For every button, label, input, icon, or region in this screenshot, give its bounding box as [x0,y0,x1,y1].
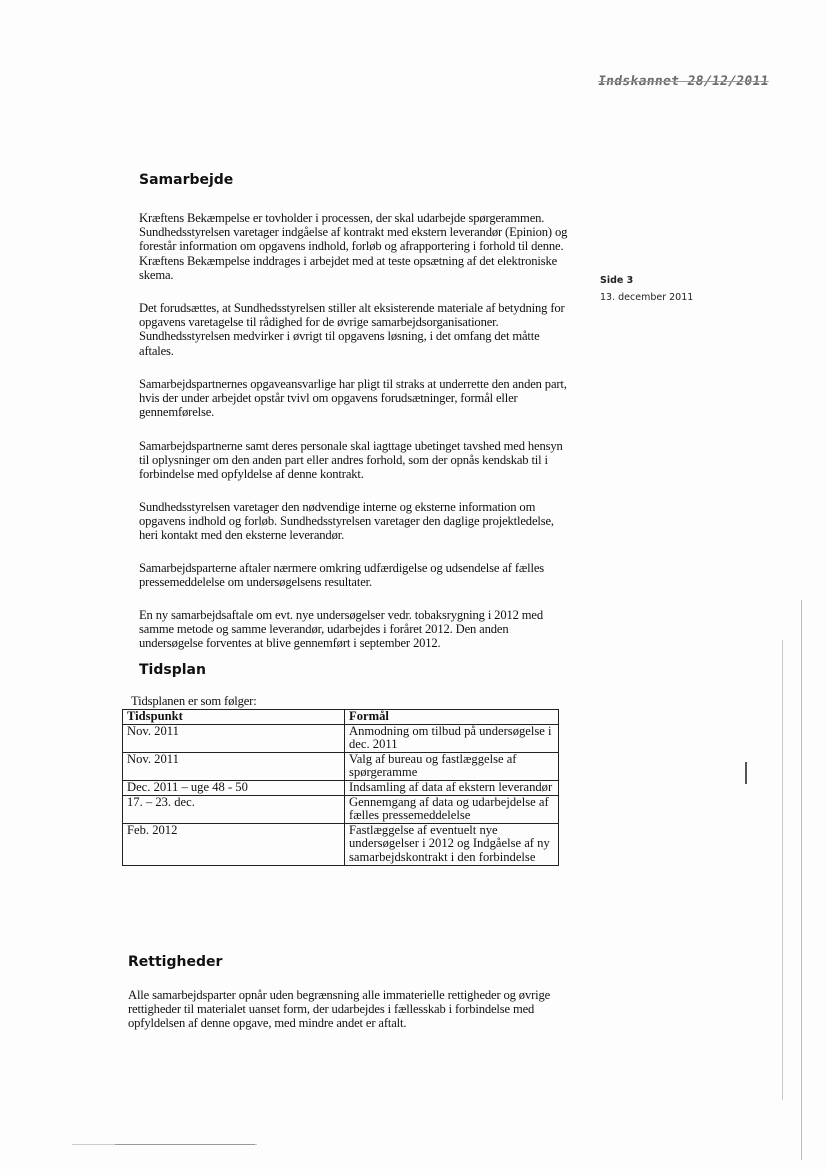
table-row: Feb. 2012Fastlæggelse af eventuelt nye u… [123,823,559,865]
cell-tidspunkt: Nov. 2011 [123,752,345,780]
cell-formaal: Valg af bureau og fastlæggelse af spørge… [345,752,559,780]
footer-line [115,1144,255,1145]
table-row: Nov. 2011Valg af bureau og fastlæggelse … [123,752,559,780]
cell-tidspunkt: Nov. 2011 [123,724,345,752]
document-page: Indskannet 28/12/2011 Samarbejde Kræften… [0,0,826,1169]
table-row: Nov. 2011Anmodning om tilbud på undersøg… [123,724,559,752]
table-row: Dec. 2011 – uge 48 - 50Indsamling af dat… [123,780,559,795]
cell-formaal: Anmodning om tilbud på undersøgelse i de… [345,724,559,752]
heading-samarbejde: Samarbejde [139,172,233,188]
heading-rettigheder: Rettigheder [128,954,222,970]
table-row: 17. – 23. dec.Gennemgang af data og udar… [123,795,559,823]
cell-formaal: Indsamling af data af ekstern leverandør [345,780,559,795]
column-header-formaal: Formål [345,710,559,725]
schedule-table: Tidspunkt Formål Nov. 2011Anmodning om t… [122,709,559,866]
column-header-tidspunkt: Tidspunkt [123,710,345,725]
scan-edge-line [801,600,802,1160]
cell-tidspunkt: Feb. 2012 [123,823,345,865]
page-number: Side 3 [600,275,633,286]
scan-artifact-mark [745,762,747,784]
table-header-row: Tidspunkt Formål [123,710,559,725]
paragraph: Kræftens Bekæmpelse er tovholder i proce… [139,211,569,282]
cell-formaal: Gennemgang af data og udarbejdelse af fæ… [345,795,559,823]
cell-tidspunkt: 17. – 23. dec. [123,795,345,823]
paragraph: Samarbejdspartnernes opgaveansvarlige ha… [139,377,569,420]
cell-formaal: Fastlæggelse af eventuelt nye undersøgel… [345,823,559,865]
paragraph: Sundhedsstyrelsen varetager den nødvendi… [139,500,569,543]
paragraph: Det forudsættes, at Sundhedsstyrelsen st… [139,301,569,358]
document-date: 13. december 2011 [600,292,693,303]
paragraph: En ny samarbejdsaftale om evt. nye under… [139,608,569,651]
heading-tidsplan: Tidsplan [139,662,206,678]
paragraph: Samarbejdsparterne aftaler nærmere omkri… [139,561,569,589]
table-intro: Tidsplanen er som følger: [131,694,561,708]
paragraph: Alle samarbejdsparter opnår uden begræns… [128,988,568,1031]
paragraph: Samarbejdspartnerne samt deres personale… [139,439,569,482]
scan-edge-line [782,640,783,1100]
cell-tidspunkt: Dec. 2011 – uge 48 - 50 [123,780,345,795]
scan-stamp: Indskannet 28/12/2011 [597,74,770,89]
